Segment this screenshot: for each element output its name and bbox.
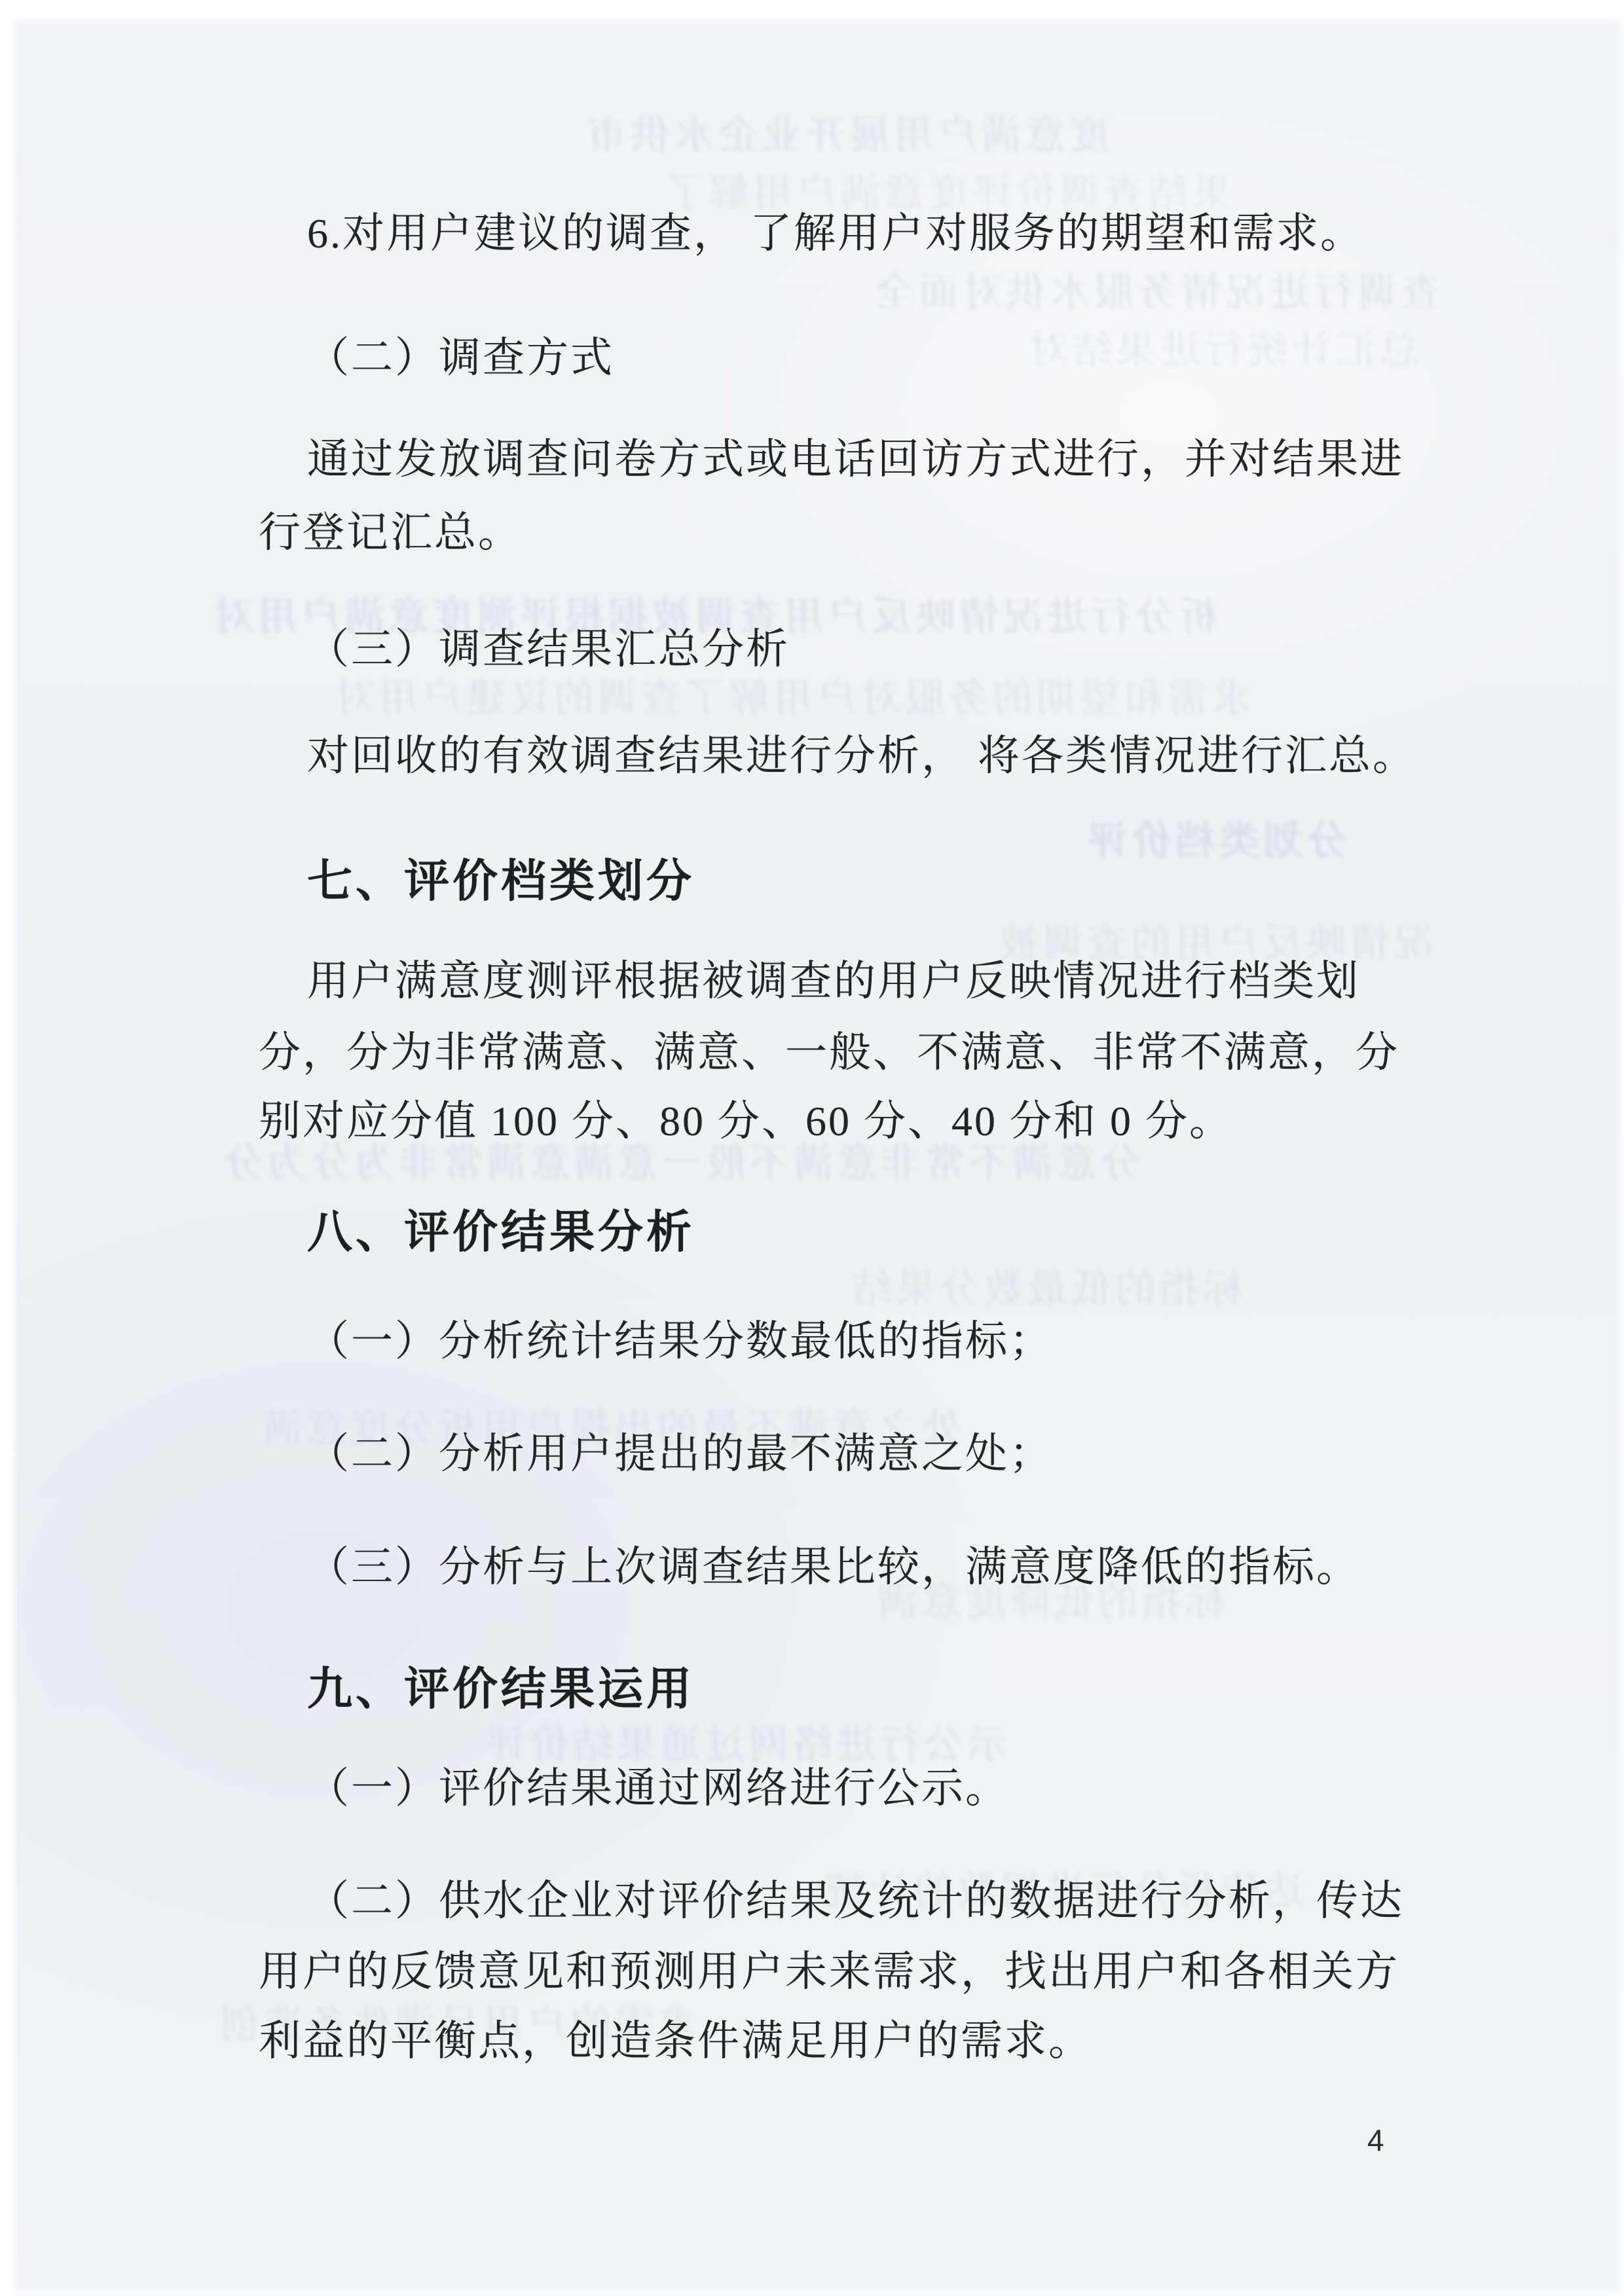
section-heading-8: 八、评价结果分析 [259,1207,1460,1257]
list-item-2: （二）分析用户提出的最不满意之处； [259,1429,1460,1479]
bleedthrough-text: 查调行进况情务服水供对面全 [871,261,1441,318]
scan-edge-right [1615,0,1624,2296]
bleedthrough-text: 求需和望期的务服对户用解了查调的议建户用对 [331,666,1252,723]
paragraph-line: 分，分为非常满意、满意、一般、不满意、非常不满意，分 [259,1028,1411,1078]
paragraph-line: 用户的反馈意见和预测用户未来需求，找出用户和各相关方 [259,1947,1411,1997]
list-item-1: （一）评价结果通过网络进行公示。 [259,1764,1460,1813]
paragraph-line: 利益的平衡点，创造条件满足用户的需求。 [259,2016,1411,2066]
numbered-item-6: 6.对用户建议的调查， 了解用户对服务的期望和需求。 [259,209,1460,259]
scan-edge-top [0,0,1624,24]
paragraph-line: 别对应分值 100 分、80 分、60 分、40 分和 0 分。 [259,1097,1411,1146]
paragraph-line: 用户满意度测评根据被调查的用户反映情况进行档类划 [259,957,1460,1006]
sub-heading-survey-method: （二）调查方式 [259,333,1460,383]
sub-heading-result-summary: （三）调查结果汇总分析 [259,625,1460,674]
scanned-document-page: 度意满户用展开业企水供市 果结查调价评度意满户用解了 查调行进况情务服水供对面全… [0,0,1624,2296]
bleedthrough-text: 标指的低最数分果结 [848,1257,1243,1314]
bleedthrough-text: 度意满户用展开业企水供市 [583,103,1109,160]
bleedthrough-text: 示公行进络网过通果结价评 [481,1713,1008,1770]
paragraph-line: （二）供水企业对评价结果及统计的数据进行分析，传达 [259,1876,1460,1926]
paragraph-line: 对回收的有效调查结果进行分析， 将各类情况进行汇总。 [259,731,1460,781]
scan-edge-left [0,0,18,2296]
scan-edge-bottom [0,2287,1624,2296]
list-item-1: （一）分析统计结果分数最低的指标； [259,1317,1460,1366]
paragraph-line: 行登记汇总。 [259,508,1411,558]
list-item-3: （三）分析与上次调查结果比较，满意度降低的指标。 [259,1542,1460,1592]
section-heading-7: 七、评价档类划分 [259,856,1460,906]
section-heading-9: 九、评价结果运用 [259,1664,1460,1714]
paragraph-line: 通过发放调查问卷方式或电话回访方式进行，并对结果进 [259,435,1460,484]
page-number: 4 [1367,2123,1384,2158]
